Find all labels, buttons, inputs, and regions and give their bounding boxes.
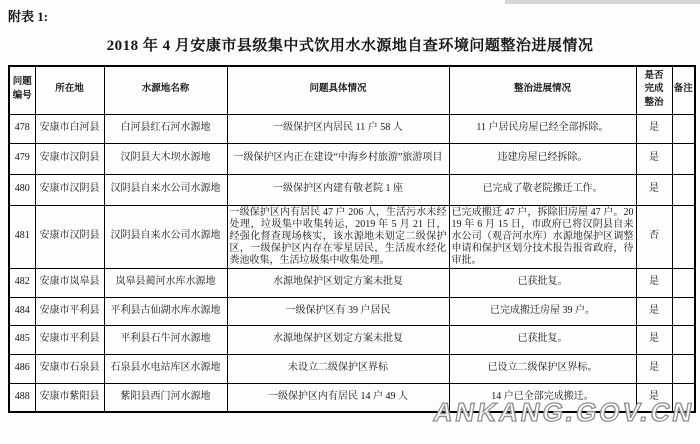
col-header-location: 所在地 — [35, 66, 104, 114]
cell-problem-detail: 未设立二级保护区界标 — [227, 354, 449, 383]
cell-progress: 违建房屋已经拆除。 — [449, 143, 636, 174]
cell-progress: 已获批复。 — [449, 268, 636, 297]
cell-problem-detail: 一级保护区有 39 户居民 — [227, 297, 449, 325]
cell-completed: 是 — [636, 354, 672, 383]
cell-problem-id: 485 — [9, 325, 35, 354]
col-header-problem-id: 问题编号 — [9, 66, 35, 114]
table-row: 478 安康市白河县 白河县红石河水源地 一级保护区内居民 11 户 58 人 … — [9, 114, 695, 143]
cell-completed: 是 — [636, 325, 672, 354]
cell-problem-id: 481 — [9, 205, 35, 268]
cell-completed: 否 — [636, 205, 672, 268]
cell-source-name: 岚皋县蔺河水库水源地 — [104, 268, 227, 297]
cell-problem-detail: 一级保护区内有居民 47 户 206 人，生活污水未经处理，垃圾集中收集转运，2… — [227, 205, 449, 268]
cell-location: 安康市岚皋县 — [35, 268, 104, 297]
cell-progress: 已完成了敬老院搬迁工作。 — [449, 174, 636, 205]
cell-source-name: 平利县石牛河水源地 — [104, 325, 227, 354]
cell-remark — [672, 143, 695, 174]
cell-remark — [672, 325, 695, 354]
watermark: ANKANG.GOV.CN — [432, 397, 698, 428]
cell-problem-detail: 一级保护区内居民 11 户 58 人 — [227, 114, 449, 143]
cell-completed: 是 — [636, 268, 672, 297]
cell-progress: 已完成搬迁房屋 39 户。 — [449, 297, 636, 325]
cell-problem-id: 478 — [9, 114, 35, 143]
cell-source-name: 汉阴县自来水公司水源地 — [104, 174, 227, 205]
cell-source-name: 石泉县水电站库区水源地 — [104, 354, 227, 383]
cell-remark — [672, 268, 695, 297]
cell-progress: 已获批复。 — [449, 325, 636, 354]
cell-remark — [672, 174, 695, 205]
cell-source-name: 汉阴县自来水公司水源地 — [104, 205, 227, 268]
table-row: 479 安康市汉阴县 汉阴县大木坝水源地 一级保护区内正在建设“中海乡村旅游”旅… — [9, 143, 695, 174]
cell-problem-id: 486 — [9, 354, 35, 383]
cell-location: 安康市平利县 — [35, 297, 104, 325]
cell-problem-detail: 一级保护区内正在建设“中海乡村旅游”旅游项目 — [227, 143, 449, 174]
cell-source-name: 紫阳县西门河水源地 — [104, 383, 227, 412]
page-title: 2018 年 4 月安康市县级集中式饮用水水源地自查环境问题整治进展情况 — [0, 34, 700, 55]
header-row: 问题编号 所在地 水源地名称 问题具体情况 整治进展情况 是否完成整治 备注 — [9, 66, 695, 114]
cell-completed: 是 — [636, 174, 672, 205]
annex-label: 附表 1: — [8, 6, 48, 25]
cell-location: 安康市汉阴县 — [35, 205, 104, 268]
cell-problem-id: 479 — [9, 143, 35, 174]
cell-remark — [672, 354, 695, 383]
cell-remark — [672, 297, 695, 325]
table-row: 481 安康市汉阴县 汉阴县自来水公司水源地 一级保护区内有居民 47 户 20… — [9, 205, 695, 268]
table-row: 482 安康市岚皋县 岚皋县蔺河水库水源地 水源地保护区划定方案未批复 已获批复… — [9, 268, 695, 297]
cell-location: 安康市紫阳县 — [35, 383, 104, 412]
cell-remark — [672, 205, 695, 268]
col-header-source-name: 水源地名称 — [104, 66, 227, 114]
rectification-table: 问题编号 所在地 水源地名称 问题具体情况 整治进展情况 是否完成整治 备注 4… — [8, 65, 696, 413]
col-header-completed: 是否完成整治 — [636, 66, 672, 114]
table-row: 484 安康市平利县 平利县古仙湖水库水源地 一级保护区有 39 户居民 已完成… — [9, 297, 695, 325]
cell-completed: 是 — [636, 114, 672, 143]
cell-remark — [672, 114, 695, 143]
cell-source-name: 白河县红石河水源地 — [104, 114, 227, 143]
cell-progress: 已设立二级保护区界标。 — [449, 354, 636, 383]
cell-source-name: 平利县古仙湖水库水源地 — [104, 297, 227, 325]
cell-problem-id: 488 — [9, 383, 35, 412]
cell-location: 安康市平利县 — [35, 325, 104, 354]
cell-progress: 已完成搬迁 47 户，拆除旧房屋 47 户。2019 年 6 月 15 日，市政… — [449, 205, 636, 268]
table-row: 480 安康市汉阴县 汉阴县自来水公司水源地 一级保护区内建有敬老院 1 座 已… — [9, 174, 695, 205]
cell-location: 安康市石泉县 — [35, 354, 104, 383]
table-row: 486 安康市石泉县 石泉县水电站库区水源地 未设立二级保护区界标 已设立二级保… — [9, 354, 695, 383]
cell-completed: 是 — [636, 297, 672, 325]
cell-location: 安康市汉阴县 — [35, 174, 104, 205]
col-header-remark: 备注 — [672, 66, 695, 114]
cell-problem-id: 484 — [9, 297, 35, 325]
table-row: 485 安康市平利县 平利县石牛河水源地 水源地保护区划定方案未批复 已获批复。… — [9, 325, 695, 354]
cell-problem-id: 480 — [9, 174, 35, 205]
cell-problem-detail: 水源地保护区划定方案未批复 — [227, 325, 449, 354]
col-header-progress: 整治进展情况 — [449, 66, 636, 114]
cell-location: 安康市汉阴县 — [35, 143, 104, 174]
cell-problem-detail: 水源地保护区划定方案未批复 — [227, 268, 449, 297]
cell-progress: 11 户居民房屋已经全部拆除。 — [449, 114, 636, 143]
col-header-problem-detail: 问题具体情况 — [227, 66, 449, 114]
cell-completed: 是 — [636, 143, 672, 174]
cell-source-name: 汉阴县大木坝水源地 — [104, 143, 227, 174]
cell-location: 安康市白河县 — [35, 114, 104, 143]
scanned-document-page: 附表 1: 2018 年 4 月安康市县级集中式饮用水水源地自查环境问题整治进展… — [0, 0, 700, 444]
cell-problem-id: 482 — [9, 268, 35, 297]
cell-problem-detail: 一级保护区内有居民 14 户 49 人 — [227, 383, 449, 412]
scan-artifact — [505, 0, 700, 4]
cell-problem-detail: 一级保护区内建有敬老院 1 座 — [227, 174, 449, 205]
